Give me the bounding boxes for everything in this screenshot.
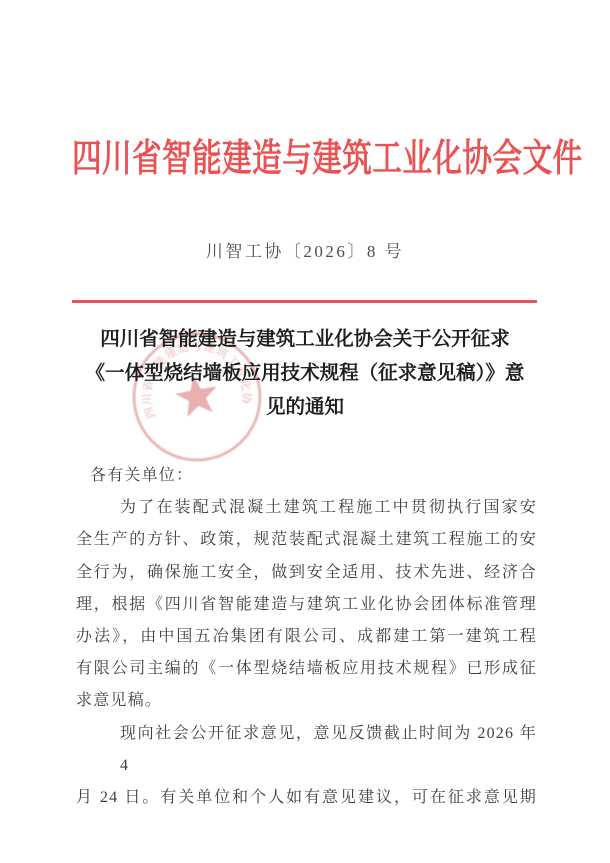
- body-text-line: 现向社会公开征求意见，意见反馈截止时间为 2026 年 4: [76, 718, 537, 782]
- doc-number: 川智工协〔2026〕8 号: [0, 241, 610, 263]
- body-text-line: 办法》，由中国五冶集团有限公司、成都建工第一建筑工程: [76, 621, 537, 653]
- notice-title-line: 见的通知: [55, 391, 555, 425]
- body-text-line: 求意见稿。: [76, 685, 537, 717]
- notice-title-line: 《一体型烧结墙板应用技术规程（征求意见稿）》意: [55, 357, 555, 391]
- notice-body: 各有关单位：为了在装配式混凝土建筑工程施工中贯彻执行国家安全生产的方针、政策，规…: [76, 460, 537, 814]
- red-separator-rule: [72, 300, 537, 303]
- body-text-line: 各有关单位：: [76, 460, 537, 492]
- body-text-line: 全行为，确保施工安全，做到安全适用、技术先进、经济合: [76, 557, 537, 589]
- document-page: 四川省智能建造与建筑工业化协会文件 川智工协〔2026〕8 号 四川省智能建造与…: [0, 0, 610, 863]
- letterhead: 四川省智能建造与建筑工业化协会文件: [0, 134, 610, 184]
- body-text-line: 全生产的方针、政策，规范装配式混凝土建筑工程施工的安: [76, 524, 537, 556]
- letterhead-title: 四川省智能建造与建筑工业化协会文件: [72, 134, 583, 184]
- notice-title-line: 四川省智能建造与建筑工业化协会关于公开征求: [55, 323, 555, 357]
- body-text-line: 月 24 日。有关单位和个人如有意见建议，可在征求意见期: [76, 782, 537, 814]
- body-text-line: 为了在装配式混凝土建筑工程施工中贯彻执行国家安: [76, 492, 537, 524]
- notice-title: 四川省智能建造与建筑工业化协会关于公开征求《一体型烧结墙板应用技术规程（征求意见…: [55, 323, 555, 425]
- body-text-line: 有限公司主编的《一体型烧结墙板应用技术规程》已形成征: [76, 653, 537, 685]
- body-text-line: 理，根据《四川省智能建造与建筑工业化协会团体标准管理: [76, 589, 537, 621]
